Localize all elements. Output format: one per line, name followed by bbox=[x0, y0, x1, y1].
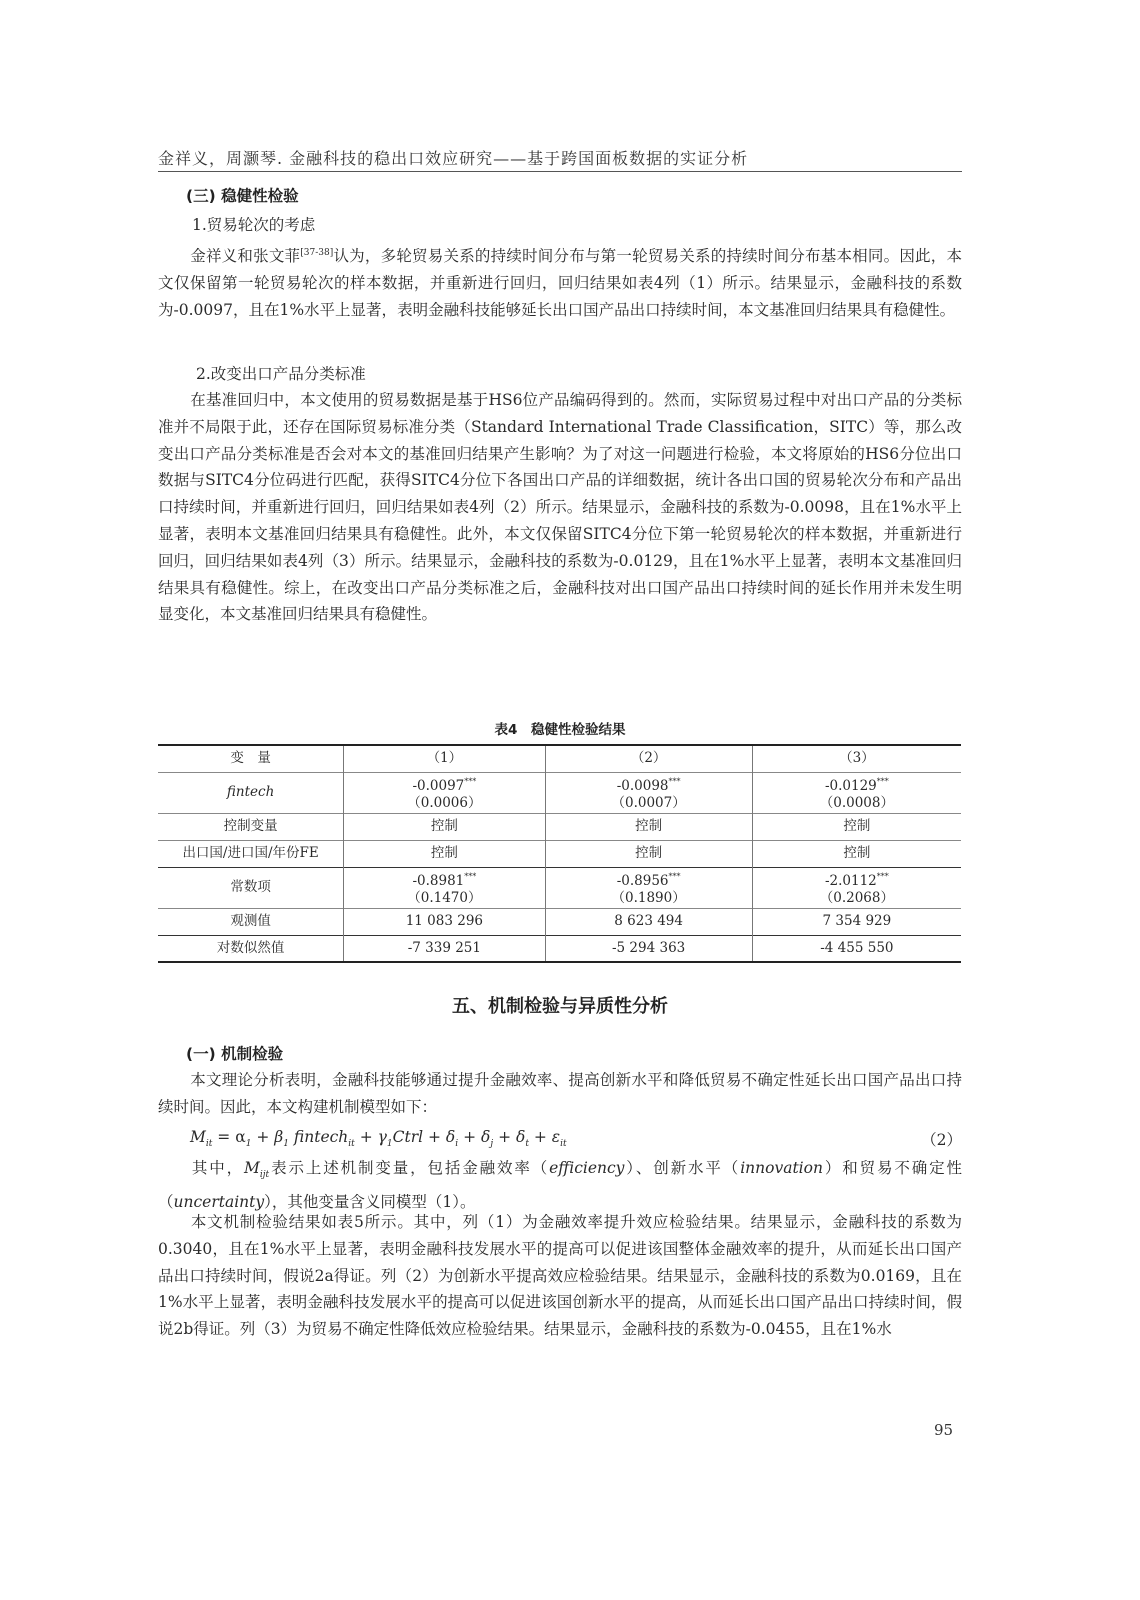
table-header-row: 变 量 （1） （2） （3） bbox=[158, 745, 961, 772]
cell: -0.8981***（0.1470） bbox=[344, 867, 545, 908]
row-label: 对数似然值 bbox=[158, 935, 344, 962]
header-rule bbox=[158, 171, 962, 172]
header-col-1: （1） bbox=[344, 745, 545, 772]
citation: [37-38] bbox=[300, 248, 333, 258]
paragraph-mechanism-variables: 其中，Mijt表示上述机制变量，包括金融效率（efficiency）、创新水平（… bbox=[158, 1155, 962, 1216]
subsection-heading-trade-rounds: 1.贸易轮次的考虑 bbox=[192, 213, 315, 235]
paragraph-mechanism-results: 本文机制检验结果如表5所示。其中，列（1）为金融效率提升效应检验结果。结果显示，… bbox=[158, 1209, 962, 1343]
cell: -7 339 251 bbox=[344, 935, 545, 962]
cell: -0.0097***（0.0006） bbox=[344, 772, 545, 813]
row-label: 出口国/进口国/年份FE bbox=[158, 840, 344, 867]
table-row-log-likelihood: 对数似然值 -7 339 251 -5 294 363 -4 455 550 bbox=[158, 935, 961, 962]
cell: 控制 bbox=[344, 840, 545, 867]
cell: 7 354 929 bbox=[752, 908, 961, 935]
cell: -0.0098***（0.0007） bbox=[545, 772, 752, 813]
cell: 控制 bbox=[344, 813, 545, 840]
paragraph-trade-rounds: 金祥义和张文菲[37-38]认为，多轮贸易关系的持续时间分布与第一轮贸易关系的持… bbox=[158, 240, 962, 324]
cell: -0.0129***（0.0008） bbox=[752, 772, 961, 813]
table-row-controls: 控制变量 控制 控制 控制 bbox=[158, 813, 961, 840]
header-variable: 变 量 bbox=[158, 745, 344, 772]
page-number: 95 bbox=[934, 1421, 953, 1439]
header-col-2: （2） bbox=[545, 745, 752, 772]
section-heading-robustness: (三) 稳健性检验 bbox=[186, 184, 299, 206]
table-row-fintech: fintech -0.0097***（0.0006） -0.0098***（0.… bbox=[158, 772, 961, 813]
paragraph-mechanism-intro: 本文理论分析表明，金融科技能够通过提升金融效率、提高创新水平和降低贸易不确定性延… bbox=[158, 1067, 962, 1121]
table-row-fixed-effects: 出口国/进口国/年份FE 控制 控制 控制 bbox=[158, 840, 961, 867]
header-col-3: （3） bbox=[752, 745, 961, 772]
section-heading-mechanism: (一) 机制检验 bbox=[186, 1042, 283, 1064]
equation-2: Mit = α1 + β1 fintechit + γ1Ctrl + δi + … bbox=[190, 1128, 567, 1149]
row-label: 常数项 bbox=[158, 867, 344, 908]
cell: 控制 bbox=[545, 813, 752, 840]
table-row-observations: 观测值 11 083 296 8 623 494 7 354 929 bbox=[158, 908, 961, 935]
running-head: 金祥义，周灏琴. 金融科技的稳出口效应研究——基于跨国面板数据的实证分析 bbox=[158, 146, 962, 169]
cell: 控制 bbox=[752, 840, 961, 867]
chapter-heading: 五、机制检验与异质性分析 bbox=[158, 992, 962, 1018]
equation-number: （2） bbox=[921, 1128, 962, 1150]
cell: -5 294 363 bbox=[545, 935, 752, 962]
cell: -4 455 550 bbox=[752, 935, 961, 962]
row-label: 观测值 bbox=[158, 908, 344, 935]
cell: 8 623 494 bbox=[545, 908, 752, 935]
row-label: 控制变量 bbox=[158, 813, 344, 840]
subsection-heading-classification: 2.改变出口产品分类标准 bbox=[196, 362, 366, 384]
cell: 11 083 296 bbox=[344, 908, 545, 935]
table-caption: 表4 稳健性检验结果 bbox=[158, 718, 962, 738]
cell: 控制 bbox=[752, 813, 961, 840]
table-row-constant: 常数项 -0.8981***（0.1470） -0.8956***（0.1890… bbox=[158, 867, 961, 908]
robustness-results-table: 变 量 （1） （2） （3） fintech -0.0097***（0.000… bbox=[158, 744, 961, 963]
cell: 控制 bbox=[545, 840, 752, 867]
cell: -0.8956***（0.1890） bbox=[545, 867, 752, 908]
row-label: fintech bbox=[158, 772, 344, 813]
paragraph-classification: 在基准回归中，本文使用的贸易数据是基于HS6位产品编码得到的。然而，实际贸易过程… bbox=[158, 387, 962, 628]
cell: -2.0112***（0.2068） bbox=[752, 867, 961, 908]
